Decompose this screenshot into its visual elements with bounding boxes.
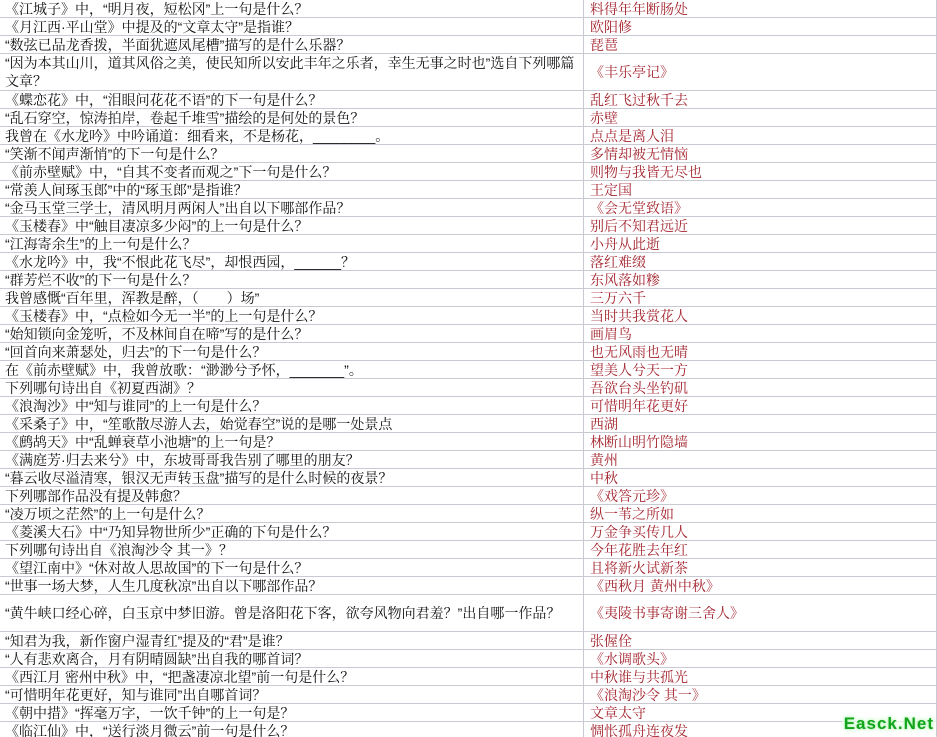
- question-cell: “人有悲欢离合，月有阴晴圆缺”出自我的哪首词？: [0, 650, 583, 667]
- question-cell: “凌万顷之茫然”的上一句是什么？: [0, 505, 583, 522]
- question-cell: “金马玉堂三学士，清风明月两闲人”出自以下哪部作品？: [0, 199, 583, 216]
- table-row: “凌万顷之茫然”的上一句是什么？ 纵一苇之所如: [0, 505, 936, 523]
- answer-cell: 西湖: [583, 415, 936, 432]
- table-row: “笑渐不闻声渐悄”的下一句是什么？ 多情却被无情恼: [0, 145, 936, 163]
- answer-cell: 中秋谁与共孤光: [583, 668, 936, 685]
- table-row: “世事一场大梦，人生几度秋凉”出自以下哪部作品？ 《西秋月 黄州中秋》: [0, 577, 936, 595]
- question-cell: “因为本其山川，道其风俗之美，使民知所以安此丰年之乐者，幸生无事之时也”选自下列…: [0, 54, 583, 90]
- quiz-table-body: 《江城子》中，“明月夜，短松冈”上一句是什么？ 料得年年断肠处 《月江西·平山堂…: [0, 0, 936, 737]
- question-cell: 下列哪句诗出自《浪淘沙令 其一》？: [0, 541, 583, 558]
- table-row: 《鹧鸪天》中“乱蝉衰草小池塘”的上一句是？ 林断山明竹隐墙: [0, 433, 936, 451]
- table-row: “始知锁向金笼听，不及林间自在啼”写的是什么？ 画眉鸟: [0, 325, 936, 343]
- table-row: 《望江南中》“休对故人思故国”的下一句是什么？ 且将新火试新茶: [0, 559, 936, 577]
- answer-cell: 中秋: [583, 469, 936, 486]
- question-cell: 我曾在《水龙吟》中吟诵道：细看来，不是杨花，________。: [0, 127, 583, 144]
- table-row: 《江城子》中，“明月夜，短松冈”上一句是什么？ 料得年年断肠处: [0, 0, 936, 18]
- watermark: Easck.Net: [842, 714, 936, 734]
- question-cell: 《望江南中》“休对故人思故国”的下一句是什么？: [0, 559, 583, 576]
- question-cell: 《菱溪大石》中“乃知异物世所少”正确的下句是什么？: [0, 523, 583, 540]
- answer-cell: 当时共我赏花人: [583, 307, 936, 324]
- question-cell: 《浪淘沙》中“知与谁同”的上一句是什么？: [0, 397, 583, 414]
- table-row: “因为本其山川，道其风俗之美，使民知所以安此丰年之乐者，幸生无事之时也”选自下列…: [0, 54, 936, 91]
- table-row: 下列哪句诗出自《浪淘沙令 其一》？ 今年花胜去年红: [0, 541, 936, 559]
- table-row: 《浪淘沙》中“知与谁同”的上一句是什么？ 可惜明年花更好: [0, 397, 936, 415]
- table-row: 我曾感慨“百年里，浑教是醉，（ ）场” 三万六千: [0, 289, 936, 307]
- table-row: 下列哪部作品没有提及韩愈？ 《戏答元珍》: [0, 487, 936, 505]
- question-cell: 下列哪句诗出自《初夏西湖》？: [0, 379, 583, 396]
- question-cell: 《西江月 密州中秋》中，“把盏凄凉北望”前一句是什么？: [0, 668, 583, 685]
- table-row: 《西江月 密州中秋》中，“把盏凄凉北望”前一句是什么？ 中秋谁与共孤光: [0, 668, 936, 686]
- table-row: “人有悲欢离合，月有阴晴圆缺”出自我的哪首词？ 《水调歌头》: [0, 650, 936, 668]
- question-cell: 《玉楼春》中“触目凄凉多少闷”的上一句是什么？: [0, 217, 583, 234]
- answer-cell: 吾欲台头坐钓矶: [583, 379, 936, 396]
- answer-cell: 落红难缀: [583, 253, 936, 270]
- quiz-table: 《江城子》中，“明月夜，短松冈”上一句是什么？ 料得年年断肠处 《月江西·平山堂…: [0, 0, 937, 737]
- answer-cell: 《戏答元珍》: [583, 487, 936, 504]
- table-row: 《玉楼春》中，“点检如今无一半”的上一句是什么？ 当时共我赏花人: [0, 307, 936, 325]
- answer-cell: 《会无堂致语》: [583, 199, 936, 216]
- answer-cell: 《夷陵书事寄谢三舍人》: [583, 595, 936, 631]
- question-cell: “可惜明年花更好，知与谁同”出自哪首词？: [0, 686, 583, 703]
- question-cell: 《满庭芳·归去来兮》中，东坡哥哥我告别了哪里的朋友？: [0, 451, 583, 468]
- answer-cell: 欧阳修: [583, 18, 936, 35]
- question-cell: 《鹧鸪天》中“乱蝉衰草小池塘”的上一句是？: [0, 433, 583, 450]
- table-row: “黄牛峡口经心碎，白玉京中梦旧游。曾是洛阳花下客，欲夸风物向君羞？”出自哪一作品…: [0, 595, 936, 632]
- table-row: “数弦已品龙香拨，半面犹遮凤尾槽”描写的是什么乐器？ 琵琶: [0, 36, 936, 54]
- answer-cell: 王定国: [583, 181, 936, 198]
- question-cell: 下列哪部作品没有提及韩愈？: [0, 487, 583, 504]
- question-cell: “笑渐不闻声渐悄”的下一句是什么？: [0, 145, 583, 162]
- answer-cell: 赤壁: [583, 109, 936, 126]
- table-row: 《玉楼春》中“触目凄凉多少闷”的上一句是什么？ 别后不知君远近: [0, 217, 936, 235]
- question-cell: “始知锁向金笼听，不及林间自在啼”写的是什么？: [0, 325, 583, 342]
- answer-cell: 望美人兮天一方: [583, 361, 936, 378]
- table-row: 《菱溪大石》中“乃知异物世所少”正确的下句是什么？ 万金争买传几人: [0, 523, 936, 541]
- answer-cell: 多情却被无情恼: [583, 145, 936, 162]
- table-row: 《前赤壁赋》中，“自其不变者而观之”下一句是什么？ 则物与我皆无尽也: [0, 163, 936, 181]
- question-cell: 《玉楼春》中，“点检如今无一半”的上一句是什么？: [0, 307, 583, 324]
- table-row: 《临江仙》中，“送行淡月微云”前一句是什么？ 惆怅孤舟连夜发: [0, 722, 936, 737]
- question-cell: “知君为我，新作窗户湿青红”提及的“君”是谁？: [0, 632, 583, 649]
- question-cell: 《朝中措》“挥毫万字，一饮千钟”的上一句是？: [0, 704, 583, 721]
- answer-cell: 也无风雨也无晴: [583, 343, 936, 360]
- table-row: 《月江西·平山堂》中提及的“文章太守”是指谁？ 欧阳修: [0, 18, 936, 36]
- table-row: “暮云收尽溢清寒，银汉无声转玉盘”描写的是什么时候的夜景？ 中秋: [0, 469, 936, 487]
- answer-cell: 纵一苇之所如: [583, 505, 936, 522]
- question-cell: 我曾感慨“百年里，浑教是醉，（ ）场”: [0, 289, 583, 306]
- question-cell: “世事一场大梦，人生几度秋凉”出自以下哪部作品？: [0, 577, 583, 594]
- answer-cell: 三万六千: [583, 289, 936, 306]
- table-row: 《蝶恋花》中，“泪眼问花花不语”的下一句是什么？ 乱红飞过秋千去: [0, 91, 936, 109]
- answer-cell: 东风落如糁: [583, 271, 936, 288]
- answer-cell: 画眉鸟: [583, 325, 936, 342]
- table-row: “可惜明年花更好，知与谁同”出自哪首词？ 《浪淘沙令 其一》: [0, 686, 936, 704]
- answer-cell: 万金争买传几人: [583, 523, 936, 540]
- table-row: “江海寄余生”的上一句是什么？ 小舟从此逝: [0, 235, 936, 253]
- answer-cell: 点点是离人泪: [583, 127, 936, 144]
- question-cell: 《采桑子》中，“笙歌散尽游人去，始觉春空”说的是哪一处景点: [0, 415, 583, 432]
- table-row: 《满庭芳·归去来兮》中，东坡哥哥我告别了哪里的朋友？ 黄州: [0, 451, 936, 469]
- answer-cell: 林断山明竹隐墙: [583, 433, 936, 450]
- table-row: “乱石穿空，惊涛拍岸，卷起千堆雪”描绘的是何处的景色？ 赤壁: [0, 109, 936, 127]
- question-cell: 在《前赤壁赋》中，我曾放歌：“渺渺兮予怀，_______”。: [0, 361, 583, 378]
- table-row: 我曾在《水龙吟》中吟诵道：细看来，不是杨花，________。 点点是离人泪: [0, 127, 936, 145]
- answer-cell: 可惜明年花更好: [583, 397, 936, 414]
- answer-cell: 料得年年断肠处: [583, 0, 936, 17]
- answer-cell: 《浪淘沙令 其一》: [583, 686, 936, 703]
- question-cell: 《水龙吟》中，我“不恨此花飞尽”，却恨西园，______？: [0, 253, 583, 270]
- answer-cell: 别后不知君远近: [583, 217, 936, 234]
- answer-cell: 则物与我皆无尽也: [583, 163, 936, 180]
- answer-cell: 《水调歌头》: [583, 650, 936, 667]
- answer-cell: 今年花胜去年红: [583, 541, 936, 558]
- table-row: 在《前赤壁赋》中，我曾放歌：“渺渺兮予怀，_______”。 望美人兮天一方: [0, 361, 936, 379]
- question-cell: 《月江西·平山堂》中提及的“文章太守”是指谁？: [0, 18, 583, 35]
- table-row: 《朝中措》“挥毫万字，一饮千钟”的上一句是？ 文章太守: [0, 704, 936, 722]
- question-cell: “数弦已品龙香拨，半面犹遮凤尾槽”描写的是什么乐器？: [0, 36, 583, 53]
- question-cell: 《江城子》中，“明月夜，短松冈”上一句是什么？: [0, 0, 583, 17]
- question-cell: “江海寄余生”的上一句是什么？: [0, 235, 583, 252]
- table-row: 《采桑子》中，“笙歌散尽游人去，始觉春空”说的是哪一处景点 西湖: [0, 415, 936, 433]
- table-row: 下列哪句诗出自《初夏西湖》？ 吾欲台头坐钓矶: [0, 379, 936, 397]
- question-cell: “暮云收尽溢清寒，银汉无声转玉盘”描写的是什么时候的夜景？: [0, 469, 583, 486]
- answer-cell: 《丰乐亭记》: [583, 54, 936, 90]
- answer-cell: 琵琶: [583, 36, 936, 53]
- question-cell: “黄牛峡口经心碎，白玉京中梦旧游。曾是洛阳花下客，欲夸风物向君羞？”出自哪一作品…: [0, 595, 583, 631]
- table-row: “知君为我，新作窗户湿青红”提及的“君”是谁？ 张偓佺: [0, 632, 936, 650]
- table-row: “回首向来萧瑟处，归去”的下一句是什么？ 也无风雨也无晴: [0, 343, 936, 361]
- answer-cell: 《西秋月 黄州中秋》: [583, 577, 936, 594]
- table-row: “常羡人间琢玉郎”中的“琢玉郎”是指谁？ 王定国: [0, 181, 936, 199]
- answer-cell: 张偓佺: [583, 632, 936, 649]
- question-cell: “常羡人间琢玉郎”中的“琢玉郎”是指谁？: [0, 181, 583, 198]
- answer-cell: 乱红飞过秋千去: [583, 91, 936, 108]
- question-cell: 《临江仙》中，“送行淡月微云”前一句是什么？: [0, 722, 583, 737]
- question-cell: 《前赤壁赋》中，“自其不变者而观之”下一句是什么？: [0, 163, 583, 180]
- answer-cell: 且将新火试新茶: [583, 559, 936, 576]
- question-cell: “乱石穿空，惊涛拍岸，卷起千堆雪”描绘的是何处的景色？: [0, 109, 583, 126]
- answer-cell: 黄州: [583, 451, 936, 468]
- question-cell: “群芳烂不收”的下一句是什么？: [0, 271, 583, 288]
- answer-cell: 小舟从此逝: [583, 235, 936, 252]
- question-cell: “回首向来萧瑟处，归去”的下一句是什么？: [0, 343, 583, 360]
- table-row: “群芳烂不收”的下一句是什么？ 东风落如糁: [0, 271, 936, 289]
- question-cell: 《蝶恋花》中，“泪眼问花花不语”的下一句是什么？: [0, 91, 583, 108]
- table-row: “金马玉堂三学士，清风明月两闲人”出自以下哪部作品？ 《会无堂致语》: [0, 199, 936, 217]
- table-row: 《水龙吟》中，我“不恨此花飞尽”，却恨西园，______？ 落红难缀: [0, 253, 936, 271]
